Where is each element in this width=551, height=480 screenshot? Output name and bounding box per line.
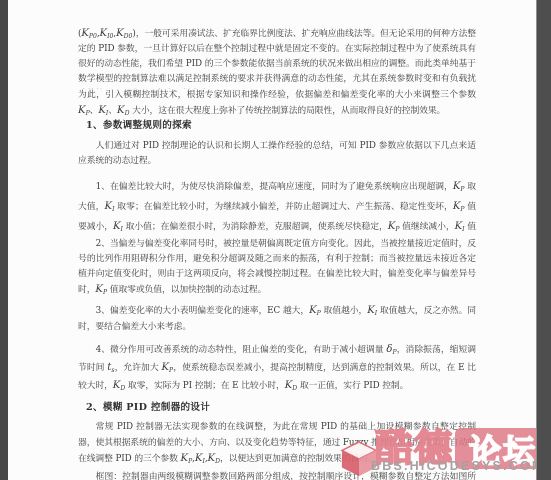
scan-border-right: [536, 0, 551, 480]
heading-fuzzy-pid-design: 2、模糊 PID 控制器的设计: [86, 399, 476, 413]
document-page: (KP0,KI0,KD0)，一般可采用凑试法、扩充临界比例度法、扩充响应曲线法等…: [8, 0, 537, 480]
rule-item-3: 3、偏差变化率的大小表明偏差变化的速率，EC 越大，KP 取值越小，KI 取值越…: [78, 303, 476, 335]
scanned-document-view: (KP0,KI0,KD0)，一般可采用凑试法、扩充临界比例度法、扩充响应曲线法等…: [0, 0, 551, 480]
rule-item-2: 2、当偏差与偏差变化率同号时，被控量是朝偏离既定值方向变化。因此，当被控量接近定…: [78, 237, 476, 298]
rule-item-4: 4、微分作用可改善系统的动态特性，阻止偏差的变化，有助于减小超调量 δP，消除振…: [78, 341, 476, 395]
paragraph-fuzzy-motivation: 为此，引入模糊控制技术，根据专家知识和操作经验，依据偏差和偏差变化率的大小来调整…: [78, 87, 476, 119]
rule-item-1: 1、在偏差比较大时，为使尽快消除偏差，提高响应速度，同时为了避免系统响应出现超调…: [78, 177, 476, 235]
paragraph-rules-overview: 人们通过对 PID 控制理论的认识和长期人工操作经验的总结，可知 PID 参数应…: [78, 139, 476, 168]
paragraph-fuzzy-pid-design: 常规 PID 控制器无法实现参数的在线调整，为此在常规 PID 的基础上加设模糊…: [78, 420, 476, 468]
watermark-badge-text: 论坛: [469, 426, 537, 472]
cutoff-line: 框图：控制器由两级模糊调整参数回路两部分组成，按控制顺序设计，模糊参数自整定方法…: [78, 470, 476, 480]
paragraph-pid-tuning-methods: (KP0,KI0,KD0)，一般可采用凑试法、扩充临界比例度法、扩充响应曲线法等…: [78, 26, 476, 89]
heading-parameter-rules: 1、参数调整规则的探索: [86, 117, 476, 131]
